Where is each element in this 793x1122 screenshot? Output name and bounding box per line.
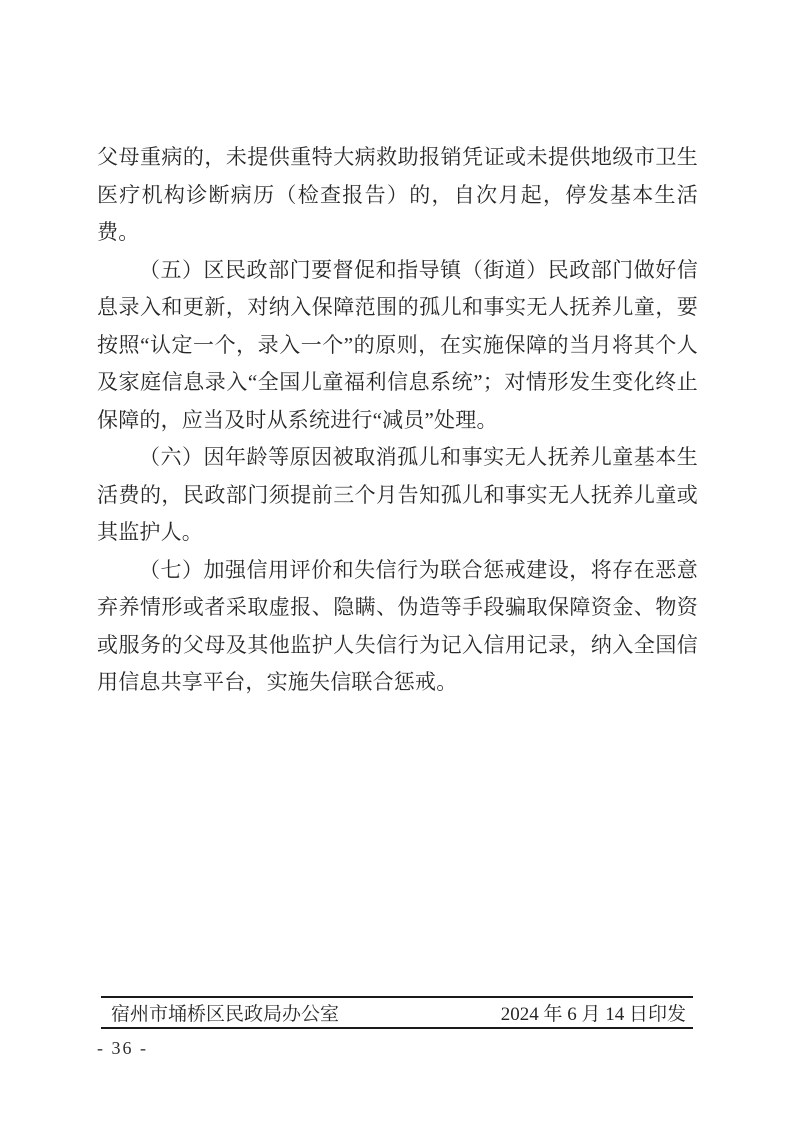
paragraph-item-6: （六）因年龄等原因被取消孤儿和事实无人抚养儿童基本生活费的，民政部门须提前三个月…: [97, 439, 698, 552]
issuing-office: 宿州市埇桥区民政局办公室: [111, 999, 339, 1026]
document-page: 父母重病的，未提供重特大病救助报销凭证或未提供地级市卫生医疗机构诊断病历（检查报…: [0, 0, 793, 1122]
paragraph-item-7: （七）加强信用评价和失信行为联合惩戒建设，将存在恶意弃养情形或者采取虚报、隐瞒、…: [97, 552, 698, 702]
paragraph-item-5: （五）区民政部门要督促和指导镇（街道）民政部门做好信息录入和更新，对纳入保障范围…: [97, 252, 698, 440]
paragraph-continuation: 父母重病的，未提供重特大病救助报销凭证或未提供地级市卫生医疗机构诊断病历（检查报…: [97, 139, 698, 252]
colophon: 宿州市埇桥区民政局办公室 2024 年 6 月 14 日印发: [101, 996, 693, 1029]
document-body: 父母重病的，未提供重特大病救助报销凭证或未提供地级市卫生医疗机构诊断病历（检查报…: [97, 139, 698, 702]
page-number: - 36 -: [97, 1038, 148, 1059]
print-date: 2024 年 6 月 14 日印发: [501, 999, 686, 1026]
